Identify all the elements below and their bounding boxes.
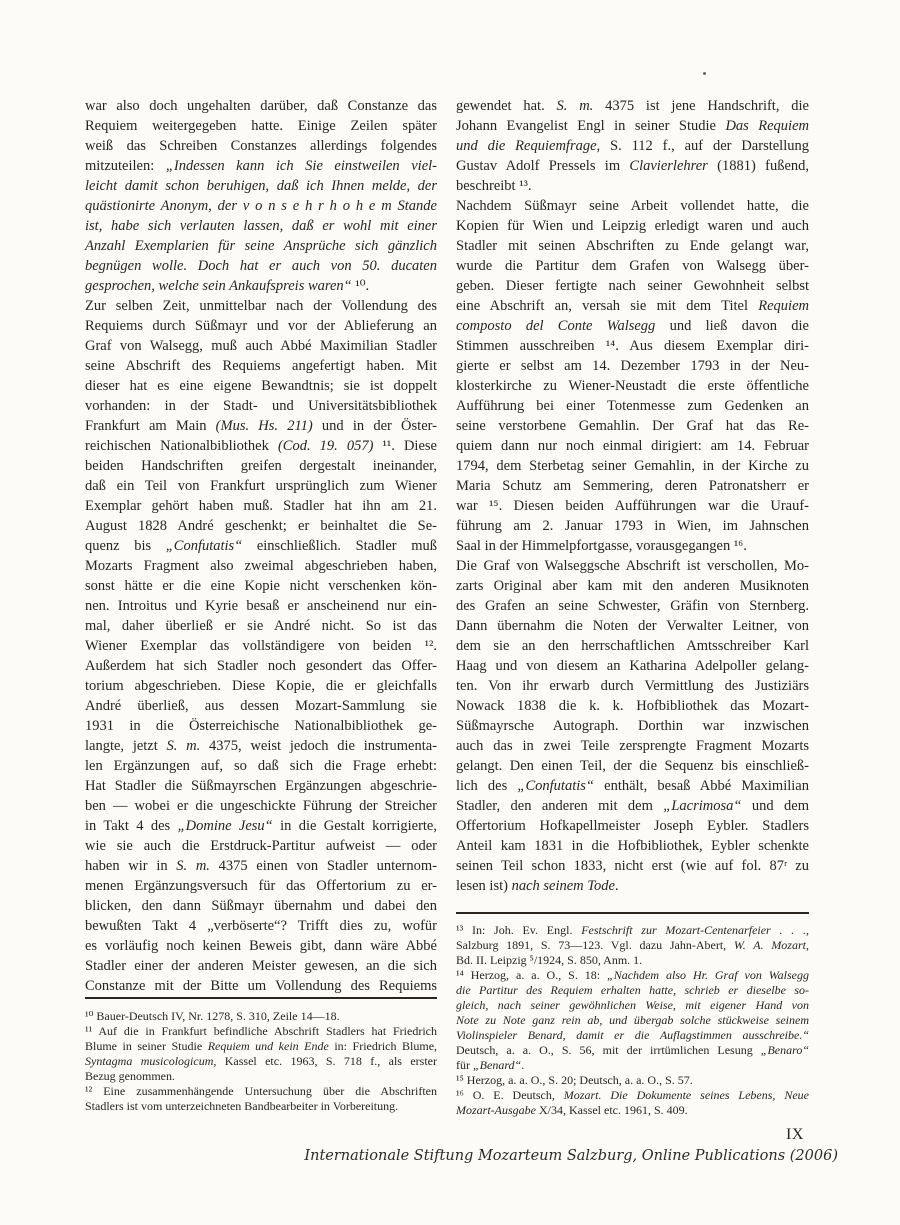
- page-number: IX: [786, 1126, 804, 1144]
- text-line: gelangt. Den einen Teil, der die Sequenz…: [456, 756, 809, 776]
- text-line: Requiem weitergegeben hatte. Einige Zeil…: [85, 116, 437, 136]
- footnote-separator-rule-right: [456, 912, 809, 914]
- text-line: beiden Handschriften greifen dergestalt …: [85, 456, 437, 476]
- text-line: Frankfurt am Main (Mus. Hs. 211) und in …: [85, 416, 437, 436]
- text-line: Stadler mit seinen Abschriften zu Ende g…: [456, 236, 809, 256]
- text-line: mitzuteilen: „Indessen kann ich Sie eins…: [85, 156, 437, 176]
- text-line: ist, habe sich verlauten lassen, daß er …: [85, 216, 437, 236]
- text-line: len Ergänzungen auf, so daß sich die Fra…: [85, 756, 437, 776]
- text-line: weiß das Schreiben Constanzes allerdings…: [85, 136, 437, 156]
- text-line: vorhanden: in der Stadt- und Universität…: [85, 396, 437, 416]
- text-line: Die Graf von Walseggsche Abschrift ist v…: [456, 556, 809, 576]
- left-column-footnotes: ¹⁰ Bauer-Deutsch IV, Nr. 1278, S. 310, Z…: [85, 1009, 437, 1114]
- text-line: André überließ, aus dessen Mozart-Sammlu…: [85, 696, 437, 716]
- text-line: und die Requiemfrage, S. 112 f., auf der…: [456, 136, 809, 156]
- text-line: Stadler, den anderen mit dem „Lacrimosa“…: [456, 796, 809, 816]
- text-line: leicht damit schon beruhigen, daß ich Ih…: [85, 176, 437, 196]
- text-line: wie sie auch die Erstdruck-Partitur aufw…: [85, 836, 437, 856]
- text-line: Johann Evangelist Engl in seiner Studie …: [456, 116, 809, 136]
- footnote-separator-rule-left: [85, 997, 437, 999]
- text-line: Wiener Exemplar das vollständigere von b…: [85, 636, 437, 656]
- text-line: Saal in der Himmelpfortgasse, vorausgega…: [456, 536, 809, 556]
- text-line: eine Abschrift an, versah sie mit dem Ti…: [456, 296, 809, 316]
- text-line: haben wir in S. m. 4375 einen von Stadle…: [85, 856, 437, 876]
- scan-artifact-dot: [703, 72, 706, 75]
- text-line: torium abgeschrieben. Diese Kopie, die e…: [85, 676, 437, 696]
- text-line: Exemplar gehört haben muß. Stadler hat i…: [85, 496, 437, 516]
- text-line: Bd. II. Leipzig ⁵/1924, S. 850, Anm. 1.: [456, 953, 809, 968]
- text-line: Mozarts Fragment also zweimal abgeschrie…: [85, 556, 437, 576]
- text-line: nen. Introitus und Kyrie besaß er ansche…: [85, 596, 437, 616]
- text-line: langte, jetzt S. m. 4375, weist jedoch d…: [85, 736, 437, 756]
- text-line: dieser hat es eine eigene Bewandtnis; si…: [85, 376, 437, 396]
- text-line: Süßmayrsche Autograph. Dorthin war inzwi…: [456, 716, 809, 736]
- text-line: menen Ergänzungsversuch für das Offertor…: [85, 876, 437, 896]
- left-column-main-text: war also doch ungehalten darüber, daß Co…: [85, 96, 437, 996]
- text-line: gesprochen, welche sein Ankaufspreis war…: [85, 276, 437, 296]
- text-line: lesen ist) nach seinem Tode.: [456, 876, 809, 896]
- text-line: Bezug genommen.: [85, 1069, 437, 1084]
- text-line: ten. Von ihr erwarb durch Vermittlung de…: [456, 676, 809, 696]
- text-line: lich des „Confutatis“ enthält, besaß Abb…: [456, 776, 809, 796]
- text-line: zarts Original aber kam mit den anderen …: [456, 576, 809, 596]
- text-line: Requiems durch Süßmayr und vor der Ablie…: [85, 316, 437, 336]
- text-line: Graf von Walsegg, muß auch Abbé Maximili…: [85, 336, 437, 356]
- text-line: 1931 in die Österreichische Nationalbibl…: [85, 716, 437, 736]
- text-line: composto del Conte Walsegg und ließ davo…: [456, 316, 809, 336]
- text-line: seine Abschrift des Requiems angefertigt…: [85, 356, 437, 376]
- text-line: beschreibt ¹³.: [456, 176, 809, 196]
- text-line: klosterkirche zu Wiener-Neustadt die ers…: [456, 376, 809, 396]
- text-line: für „Benard“.: [456, 1058, 809, 1073]
- text-line: sonst hätte er die eine Kopie nicht vers…: [85, 576, 437, 596]
- book-page: war also doch ungehalten darüber, daß Co…: [0, 0, 900, 1225]
- text-line: Anzahl Exemplarien für seine Ansprüche s…: [85, 236, 437, 256]
- text-line: geben. Dieser fertigte nach seiner Gewoh…: [456, 276, 809, 296]
- text-line: war ¹⁵. Diesen beiden Aufführungen war d…: [456, 496, 809, 516]
- text-line: gewendet hat. S. m. 4375 ist jene Handsc…: [456, 96, 809, 116]
- text-line: die Partitur des Requiem erhalten hatte,…: [456, 983, 809, 998]
- text-line: Syntagma musicologicum, Kassel etc. 1963…: [85, 1054, 437, 1069]
- text-line: reichischen Nationalbibliothek (Cod. 19.…: [85, 436, 437, 456]
- text-line: ¹⁰ Bauer-Deutsch IV, Nr. 1278, S. 310, Z…: [85, 1009, 437, 1024]
- text-line: ¹² Eine zusammenhängende Untersuchung üb…: [85, 1084, 437, 1099]
- text-line: Kopien für Wien und Leipzig erledigt war…: [456, 216, 809, 236]
- text-line: Deutsch, a. a. O., S. 56, mit der irrtüm…: [456, 1043, 809, 1058]
- text-line: quästionirte Anonym, der v o n s e h r h…: [85, 196, 437, 216]
- text-line: ¹³ In: Joh. Ev. Engl. Festschrift zur Mo…: [456, 923, 809, 938]
- text-line: bewußten Takt 4 „verböserte“? Trifft die…: [85, 916, 437, 936]
- text-line: seinen Teil schon 1833, nicht erst (wie …: [456, 856, 809, 876]
- text-line: blicken, den dann Süßmayr übernahm und d…: [85, 896, 437, 916]
- text-line: Violinspieler Benard, damit er die Aufla…: [456, 1028, 809, 1043]
- text-line: Aufführung bei einer Totenmesse zum Gede…: [456, 396, 809, 416]
- text-line: auch das in zwei Teile zersprengte Fragm…: [456, 736, 809, 756]
- text-line: Haag und von diesem an Katharina Adelpol…: [456, 656, 809, 676]
- right-column-main-text: gewendet hat. S. m. 4375 ist jene Handsc…: [456, 96, 809, 896]
- text-line: Stimmen ausschreiben ¹⁴. Aus diesem Exem…: [456, 336, 809, 356]
- text-line: es vorläufig noch keinen Beweis gibt, da…: [85, 936, 437, 956]
- text-line: in Takt 4 des „Domine Jesu“ in die Gesta…: [85, 816, 437, 836]
- text-line: Offertorium Hofkapellmeister Joseph Eybl…: [456, 816, 809, 836]
- text-line: gierte er selbst am 14. Dezember 1793 in…: [456, 356, 809, 376]
- text-line: führung am 2. Januar 1793 in Wien, im Ja…: [456, 516, 809, 536]
- text-line: mal, daher überließ er sie André nicht. …: [85, 616, 437, 636]
- text-line: quiem dann nur noch einmal dirigiert: am…: [456, 436, 809, 456]
- text-line: war also doch ungehalten darüber, daß Co…: [85, 96, 437, 116]
- text-line: Dann übernahm die Noten der Verwalter Le…: [456, 616, 809, 636]
- text-line: gleich, nach seiner gewöhnlichen Weise, …: [456, 998, 809, 1013]
- text-line: 1794, dem Sterbetag seiner Gemahlin, in …: [456, 456, 809, 476]
- text-line: Blume in seiner Studie Requiem und kein …: [85, 1039, 437, 1054]
- text-line: Maria Schutz am Semmering, deren Patrona…: [456, 476, 809, 496]
- text-line: Note zu Note ganz rein ab, und übergab s…: [456, 1013, 809, 1028]
- text-line: ¹¹ Auf die in Frankfurt befindliche Absc…: [85, 1024, 437, 1039]
- text-line: Zur selben Zeit, unmittelbar nach der Vo…: [85, 296, 437, 316]
- text-line: Salzburg 1891, S. 73—123. Vgl. dazu Jahn…: [456, 938, 809, 953]
- text-line: seine verstorbene Gemahlin. Der Graf hat…: [456, 416, 809, 436]
- text-line: Außerdem hat sich Stadler noch gesondert…: [85, 656, 437, 676]
- text-line: ¹⁵ Herzog, a. a. O., S. 20; Deutsch, a. …: [456, 1073, 809, 1088]
- text-line: wurde die Partitur dem Grafen von Walseg…: [456, 256, 809, 276]
- text-line: Anteil kam 1831 in die Hofbibliothek, Ey…: [456, 836, 809, 856]
- text-line: Gustav Adolf Pressels im Clavierlehrer (…: [456, 156, 809, 176]
- text-line: Nachdem Süßmayr seine Arbeit vollendet h…: [456, 196, 809, 216]
- text-line: August 1828 André geschenkt; er beinhalt…: [85, 516, 437, 536]
- text-line: begnügen wolle. Doch hat er auch von 50.…: [85, 256, 437, 276]
- right-column-footnotes: ¹³ In: Joh. Ev. Engl. Festschrift zur Mo…: [456, 923, 809, 1118]
- text-line: ben — wobei er die ungeschickte Führung …: [85, 796, 437, 816]
- text-line: Stadler einer der anderen Meister gewese…: [85, 956, 437, 976]
- text-line: daß ein Teil von Frankfurt ursprünglich …: [85, 476, 437, 496]
- credit-line: Internationale Stiftung Mozarteum Salzbu…: [304, 1148, 838, 1164]
- text-line: Hat Stadler die Süßmayrschen Ergänzungen…: [85, 776, 437, 796]
- text-line: des Grafen an seine Schwester, Gräfin vo…: [456, 596, 809, 616]
- text-line: dem sie an den herrschaftlichen Amtsschr…: [456, 636, 809, 656]
- text-line: Mozart-Ausgabe X/34, Kassel etc. 1961, S…: [456, 1103, 809, 1118]
- text-line: Constanze mit der Bitte um Vollendung de…: [85, 976, 437, 996]
- text-line: Stadlers ist vom unterzeichneten Bandbea…: [85, 1099, 437, 1114]
- text-line: quenz bis „Confutatis“ einschließlich. S…: [85, 536, 437, 556]
- text-line: Nowack 1838 die k. k. Hofbibliothek das …: [456, 696, 809, 716]
- text-line: ¹⁴ Herzog, a. a. O., S. 18: „Nachdem als…: [456, 968, 809, 983]
- text-line: ¹⁶ O. E. Deutsch, Mozart. Die Dokumente …: [456, 1088, 809, 1103]
